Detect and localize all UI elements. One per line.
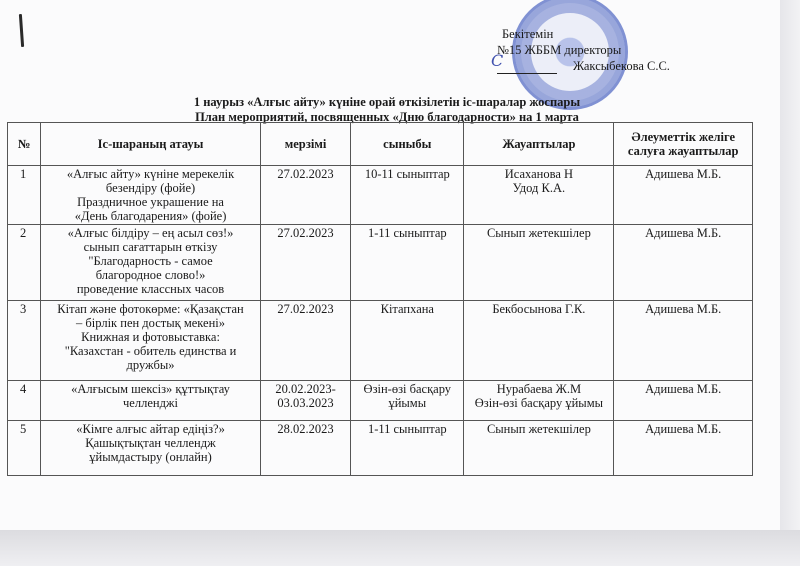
cell-text-line: «День благодарения» (фойе) (44, 209, 257, 223)
cell-text-line: Өзін-өзі басқару ұйымы (467, 396, 610, 410)
cell-class: Кітапхана (351, 301, 464, 381)
cell-event-name: «Алғысым шексіз» құттықтаучелленджі (41, 381, 261, 421)
cell-text-line: 10-11 сыныптар (354, 167, 460, 181)
cell-class: 1-11 сыныптар (351, 225, 464, 301)
cell-text-line: "Благодарность - самое (44, 254, 257, 268)
title-kazakh: 1 наурыз «Алғыс айту» күніне орай өткізі… (0, 95, 787, 110)
cell-text-line: 27.02.2023 (264, 226, 347, 240)
cell-text-line: 27.02.2023 (264, 302, 347, 316)
cell-event-name: «Кімге алғыс айтар едіңіз?»Қашықтықтан ч… (41, 421, 261, 476)
page-edge-right (780, 0, 800, 566)
cell-text-line: ұйымдастыру (онлайн) (44, 450, 257, 464)
cell-text-line: «Кімге алғыс айтар едіңіз?» (44, 422, 257, 436)
cell-event-name: «Алғыс білдіру – ең асыл сөз!»сынып саға… (41, 225, 261, 301)
cell-text-line: «Алғыс айту» күніне мерекелік (44, 167, 257, 181)
cell-text-line: Кітап және фотокөрме: «Қазақстан (44, 302, 257, 316)
cell-text-line: Кітапхана (354, 302, 460, 316)
cell-social-responsible: Адишева М.Б. (614, 166, 753, 225)
cell-responsible: Бекбосынова Г.К. (464, 301, 614, 381)
cell-number: 1 (8, 166, 41, 225)
cell-text-line: «Алғыс білдіру – ең асыл сөз!» (44, 226, 257, 240)
cell-text-line: благородное слово!» (44, 268, 257, 282)
cell-text-line: проведение классных часов (44, 282, 257, 296)
table-row: 2«Алғыс білдіру – ең асыл сөз!»сынып сағ… (8, 225, 753, 301)
cell-text-line: Өзін-өзі басқару (354, 382, 460, 396)
cell-responsible: Нурабаева Ж.МӨзін-өзі басқару ұйымы (464, 381, 614, 421)
header-class: сыныбы (351, 123, 464, 166)
cell-text-line: Сынып жетекшілер (467, 226, 610, 240)
cell-date: 28.02.2023 (260, 421, 350, 476)
cell-text-line: Бекбосынова Г.К. (467, 302, 610, 316)
cell-date: 27.02.2023 (260, 225, 350, 301)
cell-text-line: Праздничное украшение на (44, 195, 257, 209)
header-social-responsible: Әлеуметтік желіге салуға жауаптылар (614, 123, 753, 166)
approval-signature-row: С Жаксыбекова С.С. (497, 58, 670, 74)
cell-responsible: Исаханова Н Удод К.А. (464, 166, 614, 225)
cell-responsible: Сынып жетекшілер (464, 421, 614, 476)
cell-text-line: Исаханова Н (467, 167, 610, 181)
table-row: 1«Алғыс айту» күніне мерекелікбезендіру … (8, 166, 753, 225)
cell-text-line: Қашықтықтан челлендж (44, 436, 257, 450)
cell-text-line: ұйымы (354, 396, 460, 410)
cell-text-line: 1-11 сыныптар (354, 226, 460, 240)
header-date: мерзімі (260, 123, 350, 166)
header-number: № (8, 123, 41, 166)
table-row: 4«Алғысым шексіз» құттықтаучелленджі20.0… (8, 381, 753, 421)
cell-text-line: 03.03.2023 (264, 396, 347, 410)
approver-name: Жаксыбекова С.С. (573, 58, 670, 74)
cell-event-name: Кітап және фотокөрме: «Қазақстан– бірлік… (41, 301, 261, 381)
header-event-name: Іс-шараның атауы (41, 123, 261, 166)
table-row: 5«Кімге алғыс айтар едіңіз?»Қашықтықтан … (8, 421, 753, 476)
cell-responsible: Сынып жетекшілер (464, 225, 614, 301)
events-plan-table: № Іс-шараның атауы мерзімі сыныбы Жауапт… (7, 122, 753, 476)
header-responsible: Жауаптылар (464, 123, 614, 166)
cell-number: 3 (8, 301, 41, 381)
cell-text-line: дружбы» (44, 358, 257, 372)
cell-social-responsible: Адишева М.Б. (614, 301, 753, 381)
cell-social-responsible: Адишева М.Б. (614, 421, 753, 476)
cell-class: 10-11 сыныптар (351, 166, 464, 225)
cell-text-line: Нурабаева Ж.М (467, 382, 610, 396)
cell-number: 2 (8, 225, 41, 301)
cell-social-responsible: Адишева М.Б. (614, 381, 753, 421)
cell-number: 4 (8, 381, 41, 421)
cell-text-line: Сынып жетекшілер (467, 422, 610, 436)
cell-text-line: безендіру (фойе) (44, 181, 257, 195)
cell-text-line: челленджі (44, 396, 257, 410)
cell-social-responsible: Адишева М.Б. (614, 225, 753, 301)
cell-date: 27.02.2023 (260, 166, 350, 225)
approval-block: Бекітемін №15 ЖББМ директоры С Жаксыбеко… (497, 26, 670, 74)
cell-text-line: – бірлік пен достық мекені» (44, 316, 257, 330)
cell-text-line: 20.02.2023- (264, 382, 347, 396)
approval-heading: Бекітемін (497, 26, 670, 42)
cell-class: 1-11 сыныптар (351, 421, 464, 476)
cell-text-line: 28.02.2023 (264, 422, 347, 436)
cell-text-line: Книжная и фотовыставка: (44, 330, 257, 344)
cell-event-name: «Алғыс айту» күніне мерекелікбезендіру (… (41, 166, 261, 225)
cell-number: 5 (8, 421, 41, 476)
cell-text-line: «Алғысым шексіз» құттықтау (44, 382, 257, 396)
cell-text-line: 1-11 сыныптар (354, 422, 460, 436)
signature-line: С (497, 59, 557, 74)
cell-text-line: сынып сағаттарын өткізу (44, 240, 257, 254)
page-edge-bottom (0, 530, 800, 566)
table-header-row: № Іс-шараның атауы мерзімі сыныбы Жауапт… (8, 123, 753, 166)
cell-date: 27.02.2023 (260, 301, 350, 381)
cell-text-line: Удод К.А. (467, 181, 610, 195)
cell-text-line: 27.02.2023 (264, 167, 347, 181)
approval-position: №15 ЖББМ директоры (497, 42, 670, 58)
signature-icon: С (491, 53, 503, 69)
cell-text-line: "Казахстан - обитель единства и (44, 344, 257, 358)
table-row: 3Кітап және фотокөрме: «Қазақстан– бірлі… (8, 301, 753, 381)
cell-class: Өзін-өзі басқаруұйымы (351, 381, 464, 421)
cell-date: 20.02.2023-03.03.2023 (260, 381, 350, 421)
